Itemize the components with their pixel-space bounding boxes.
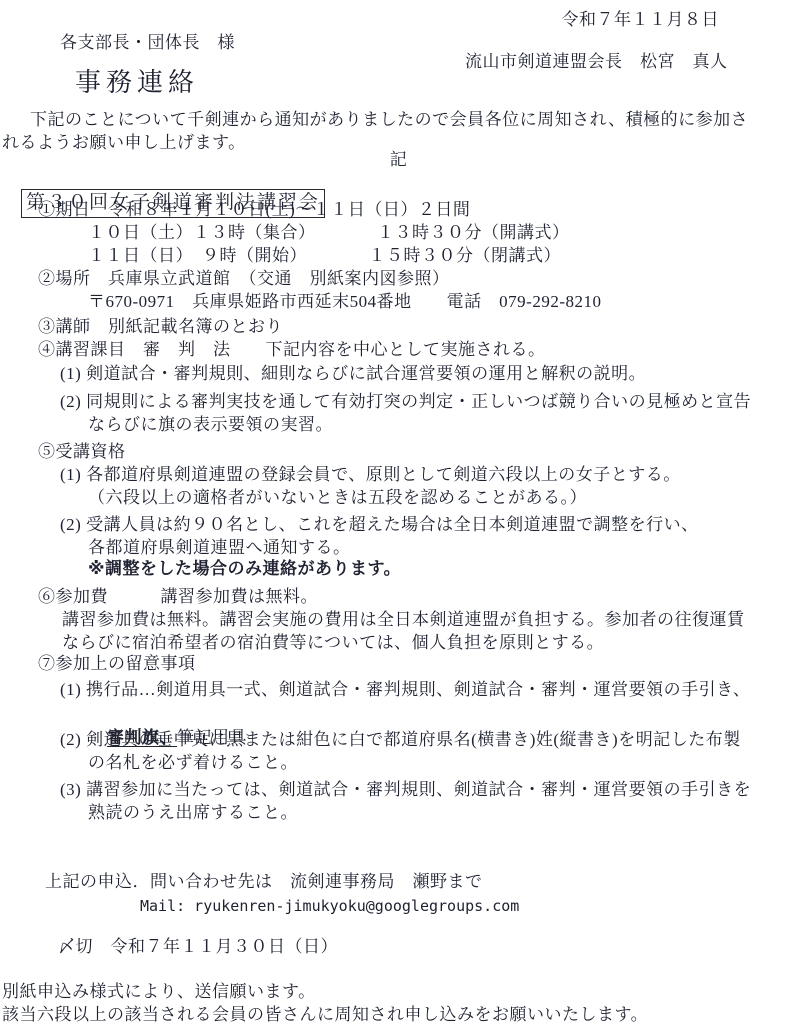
document-page: 令和７年１１月８日 各支部長・団体長 様 流山市剣道連盟会長 松宮 真人 事務連… [0,0,797,1024]
closing-line-2: 該当六段以上の該当される会員の皆さんに周知され申し込みをお願いいたします。 [2,1003,797,1024]
notes-item-2-cont: の名札を必ず着けること。 [88,751,797,774]
curriculum-item-2-cont: ならびに旗の表示要領の実習。 [88,413,797,436]
notes-item-3: (3) 講習参加に当たっては、剣道試合・審判規則、剣道試合・審判・運営要領の手引… [60,778,797,801]
eligibility-heading: ⑤受講資格 [38,440,797,463]
issue-date: 令和７年１１月８日 [0,8,797,31]
eligibility-adjustment-note: ※調整をした場合のみ連絡があります。 [88,557,797,580]
contact-email: Mail: ryukenren-jimukyoku@googlegroups.c… [140,895,797,918]
intro-line-1: 下記のことについて千剣連から通知がありましたので会員各位に周知され、積極的に参加… [30,108,797,131]
venue-address: 〒670-0971 兵庫県姫路市西延末504番地 電話 079-292-8210 [88,290,797,313]
curriculum-item-1: (1) 剣道試合・審判規則、細則ならびに試合運営要領の運用と解釈の説明。 [60,362,797,385]
curriculum-item-2: (2) 同規則による審判実技を通して有効打突の判定・正しいつば競り合いの見極めと… [60,390,797,413]
curriculum-heading: ④講習課目 審 判 法 下記内容を中心として実施される。 [38,338,797,361]
notes-item-1-cont: 審判旗、筆記用具 [88,703,797,726]
schedule-heading: ①期日 令和８年１月１０日(土)～１１日（日）２日間 [38,198,797,221]
notes-heading: ⑦参加上の留意事項 [38,652,797,675]
venue-heading: ②場所 兵庫県立武道館 （交通 別紙案内図参照） [38,267,797,290]
schedule-day1: １０日（土）１３時（集合） １３時３０分（開講式） [88,221,797,244]
lecturer-line: ③講師 別紙記載名簿のとおり [38,315,797,338]
eligibility-item-2: (2) 受講人員は約９０名とし、これを超えた場合は全日本剣道連盟で調整を行い、 [60,513,797,536]
eligibility-item-1-note: （六段以上の適格者がいないときは五段を認めることがある。） [88,486,797,509]
eligibility-item-1: (1) 各都道府県剣道連盟の登録会員で、原則として剣道六段以上の女子とする。 [60,463,797,486]
notes-item-1: (1) 携行品…剣道用具一式、剣道試合・審判規則、剣道試合・審判・運営要領の手引… [60,678,797,701]
notes-item-3-cont: 熟読のうえ出席すること。 [88,801,797,824]
schedule-day2: １１日（日） ９時（開始） １５時３０分（閉講式） [88,244,797,267]
fee-detail-2: ならびに宿泊希望者の宿泊費等については、個人負担を原則とする。 [62,631,797,654]
closing-line-1: 別紙申込み様式により、送信願います。 [2,980,797,1003]
contact-line: 上記の申込．問い合わせ先は 流剣連事務局 瀬野まで [45,870,797,893]
fee-detail-1: 講習参加費は無料。講習会実施の費用は全日本剣道連盟が負担する。参加者の往復運賃 [62,608,797,631]
deadline-line: 〆切 令和７年１１月３０日（日） [58,935,797,958]
notes-item-2: (2) 剣道具の垂中央に黒または紺色に白で都道府県名(横書き)姓(縦書き)を明記… [60,728,797,751]
eligibility-item-2-cont: 各都道府県剣道連盟へ通知する。 [88,536,797,559]
fee-heading: ⑥参加費 講習参加費は無料。 [38,585,797,608]
